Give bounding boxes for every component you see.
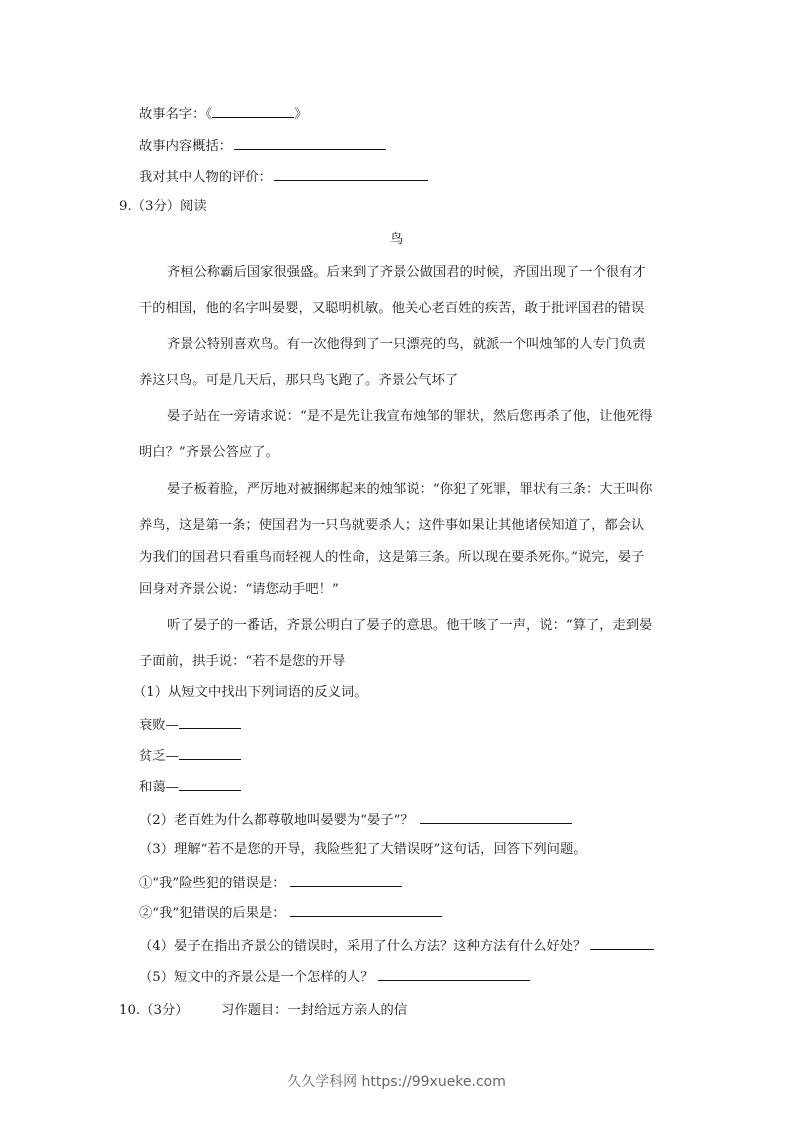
paragraph-line: 养鸟，这是第一条；使国君为一只鸟就要杀人；这件事如果让其他诸侯知道了，都会认 bbox=[139, 517, 644, 535]
antonym-blank[interactable] bbox=[179, 715, 241, 729]
sub3b-question: ②“我”犯错误的后果是： bbox=[139, 903, 442, 923]
q9-header: 9.（3分）阅读 bbox=[119, 198, 207, 216]
antonym-word: 贫乏— bbox=[139, 749, 179, 764]
paragraph-line: 为我们的国君只看重鸟而轻视人的性命，这是第三条。所以现在要杀死你。”说完，晏子 bbox=[139, 549, 644, 567]
paragraph-line: 齐桓公称霸后国家很强盛。后来到了齐景公做国君的时候，齐国出现了一个很有才 bbox=[167, 264, 646, 282]
paragraph-line: 干的相国，他的名字叫晏婴，又聪明机敏。他关心老百姓的疾苦，敢于批评国君的错误 bbox=[139, 300, 644, 318]
sub5-question: （5）短文中的齐景公是一个怎样的人？ bbox=[139, 967, 530, 987]
antonym-item: 和蔼— bbox=[139, 777, 241, 797]
story-name-blank[interactable] bbox=[212, 104, 294, 118]
sub3b-prompt: ②“我”犯错误的后果是： bbox=[139, 906, 286, 921]
antonym-word: 和蔼— bbox=[139, 780, 179, 795]
q10-header: 10.（3分） bbox=[119, 1002, 189, 1020]
passage-title: 鸟 bbox=[390, 228, 403, 247]
sub3a-prompt: ①“我”险些犯的错误是： bbox=[139, 876, 286, 891]
story-name-label: 故事名字：《 bbox=[139, 107, 212, 122]
watermark-footer: 久久学科网 https://99xueke.com bbox=[0, 1071, 793, 1091]
summary-label: 故事内容概括： bbox=[139, 139, 232, 154]
sub3a-question: ①“我”险些犯的错误是： bbox=[139, 873, 402, 893]
story-name-field: 故事名字：《》 bbox=[139, 104, 307, 124]
summary-field: 故事内容概括： bbox=[139, 136, 386, 156]
paragraph-line: 养这只鸟。可是几天后，那只鸟飞跑了。齐景公气坏了 bbox=[139, 372, 458, 390]
sub4-prompt: （4）晏子在指出齐景公的错误时，采用了什么方法？这种方法有什么好处？ bbox=[139, 939, 586, 954]
sub4-question: （4）晏子在指出齐景公的错误时，采用了什么方法？这种方法有什么好处？ bbox=[139, 936, 654, 956]
antonym-item: 贫乏— bbox=[139, 746, 241, 766]
summary-blank[interactable] bbox=[234, 136, 386, 150]
paragraph-line: 子面前，拱手说：“若不是您的开导 bbox=[139, 653, 345, 671]
sub5-blank[interactable] bbox=[378, 967, 530, 981]
paragraph-line: 晏子板着脸，严厉地对被捆绑起来的烛邹说：“你犯了死罪，罪状有三条：大王叫你 bbox=[167, 481, 652, 499]
evaluation-label: 我对其中人物的评价： bbox=[139, 170, 272, 185]
evaluation-field: 我对其中人物的评价： bbox=[139, 167, 428, 187]
sub3b-blank[interactable] bbox=[290, 903, 442, 917]
antonym-blank[interactable] bbox=[179, 746, 241, 760]
q10-prompt: 习作题目：一封给远方亲人的信 bbox=[221, 1002, 407, 1020]
paragraph-line: 明白？”齐景公答应了。 bbox=[139, 444, 279, 462]
sub2-question: （2）老百姓为什么都尊敬地叫晏婴为“晏子”？ bbox=[139, 810, 572, 830]
sub4-blank[interactable] bbox=[590, 936, 654, 950]
sub1-prompt: （1）从短文中找出下列词语的反义词。 bbox=[133, 684, 368, 702]
antonym-item: 衰败— bbox=[139, 715, 241, 735]
sub2-blank[interactable] bbox=[420, 810, 572, 824]
paragraph-line: 回身对齐景公说：“请您动手吧！” bbox=[139, 581, 339, 599]
paragraph-line: 齐景公特别喜欢鸟。有一次他得到了一只漂亮的鸟，就派一个叫烛邹的人专门负责 bbox=[167, 336, 646, 354]
sub3-prompt: （3）理解“若不是您的开导，我险些犯了大错误呀”这句话，回答下列问题。 bbox=[139, 841, 587, 859]
evaluation-blank[interactable] bbox=[274, 167, 428, 181]
antonym-word: 衰败— bbox=[139, 718, 179, 733]
sub2-prompt: （2）老百姓为什么都尊敬地叫晏婴为“晏子”？ bbox=[139, 813, 414, 828]
antonym-blank[interactable] bbox=[179, 777, 241, 791]
paragraph-line: 听了晏子的一番话，齐景公明白了晏子的意思。他干咳了一声，说：“算了，走到晏 bbox=[167, 617, 652, 635]
sub5-prompt: （5）短文中的齐景公是一个怎样的人？ bbox=[139, 970, 374, 985]
sub3a-blank[interactable] bbox=[290, 873, 402, 887]
story-name-close: 》 bbox=[294, 107, 307, 122]
paragraph-line: 晏子站在一旁请求说：“是不是先让我宣布烛邹的罪状，然后您再杀了他，让他死得 bbox=[167, 408, 652, 426]
